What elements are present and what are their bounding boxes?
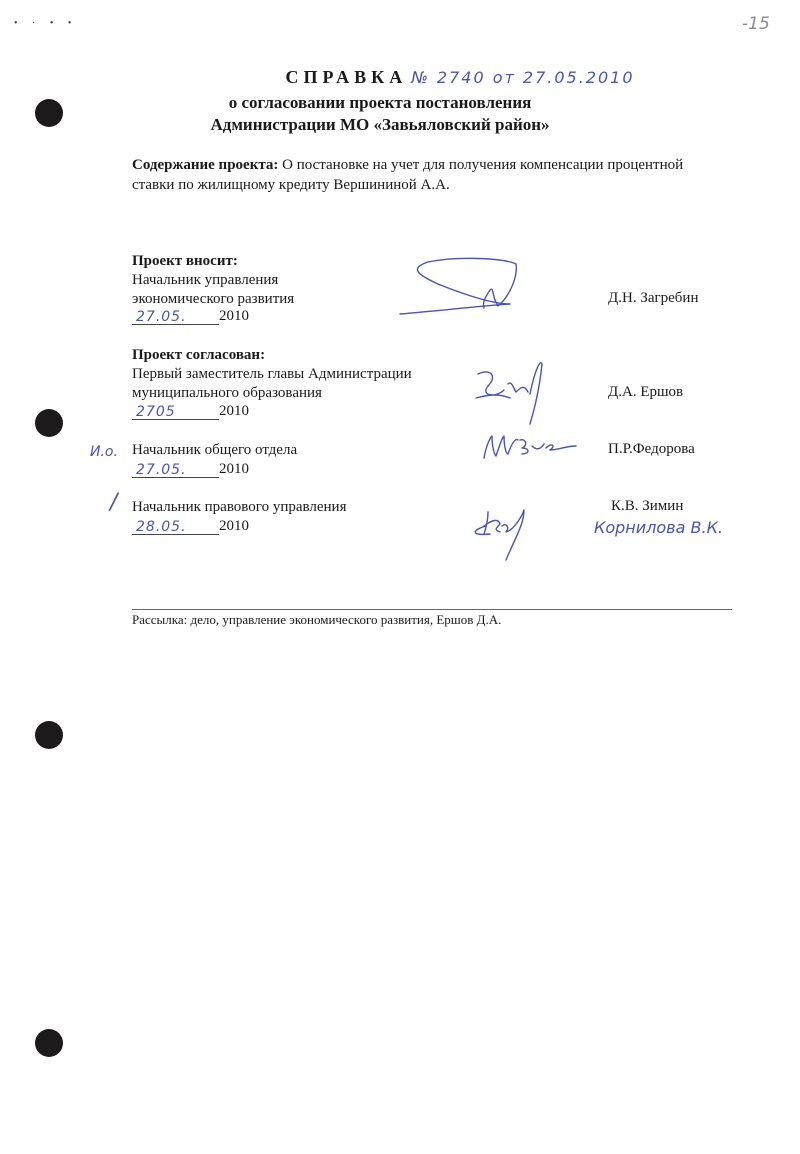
divider-line bbox=[132, 609, 732, 610]
punch-hole bbox=[35, 721, 63, 749]
date-year: 2010 bbox=[219, 461, 249, 477]
page-number-handwritten: -15 bbox=[742, 14, 770, 34]
punch-hole bbox=[35, 1029, 63, 1057]
signature-zagrebin bbox=[398, 256, 528, 316]
signer-2-name: П.Р.Федорова bbox=[608, 441, 695, 458]
submitted-position-1: Начальник управления bbox=[132, 271, 278, 290]
date-year: 2010 bbox=[219, 518, 249, 534]
signer-3-name: К.В. Зимин bbox=[611, 498, 683, 515]
content-text-1: О постановке на учет для получения компе… bbox=[282, 157, 683, 173]
submitted-heading: Проект вносит: bbox=[132, 252, 238, 271]
date-handwritten: 28.05. bbox=[136, 519, 187, 535]
registration-number-handwritten: № 2740 от 27.05.2010 bbox=[411, 68, 634, 87]
signer-1-date: 27052010 bbox=[132, 402, 249, 420]
signer-1-position-1: Первый заместитель главы Администрации bbox=[132, 365, 412, 384]
signer-2-prefix-handwritten: И.о. bbox=[90, 444, 118, 460]
distribution-list: Рассылка: дело, управление экономическог… bbox=[132, 612, 501, 628]
title-word: СПРАВКА bbox=[285, 67, 407, 87]
signer-2-position: Начальник общего отдела bbox=[132, 441, 297, 460]
subtitle-line-2: Администрации МО «Завьяловский район» bbox=[0, 115, 760, 135]
signer-3-position: Начальник правового управления bbox=[132, 498, 346, 517]
signature-zimin bbox=[466, 506, 536, 566]
signer-1-name: Д.А. Ершов bbox=[608, 384, 683, 401]
content-label: Содержание проекта: bbox=[132, 157, 278, 173]
signature-ershov bbox=[470, 354, 550, 434]
signer-3-mark-handwritten: / bbox=[110, 490, 117, 515]
project-content: Содержание проекта: О постановке на учет… bbox=[132, 155, 752, 195]
signer-3-note-handwritten: Корнилова В.К. bbox=[594, 518, 723, 537]
signature-fedorova bbox=[480, 432, 580, 462]
submitted-date: 27.05.2010 bbox=[132, 307, 249, 325]
content-text-2: ставки по жилищному кредиту Вершининой А… bbox=[132, 177, 450, 193]
submitted-name: Д.Н. Загребин bbox=[608, 290, 698, 307]
date-handwritten: 27.05. bbox=[136, 462, 187, 478]
corner-marks: • · • • bbox=[14, 18, 77, 29]
document-title: СПРАВКА№ 2740 от 27.05.2010 bbox=[0, 67, 800, 88]
signer-2-date: 27.05.2010 bbox=[132, 460, 249, 478]
date-handwritten: 2705 bbox=[136, 404, 176, 420]
agreed-heading: Проект согласован: bbox=[132, 346, 265, 365]
date-year: 2010 bbox=[219, 403, 249, 419]
signer-1-position-2: муниципального образования bbox=[132, 384, 322, 403]
date-handwritten: 27.05. bbox=[136, 309, 187, 325]
subtitle-line-1: о согласовании проекта постановления bbox=[0, 93, 760, 113]
signer-3-date: 28.05.2010 bbox=[132, 517, 249, 535]
punch-hole bbox=[35, 409, 63, 437]
date-year: 2010 bbox=[219, 308, 249, 324]
